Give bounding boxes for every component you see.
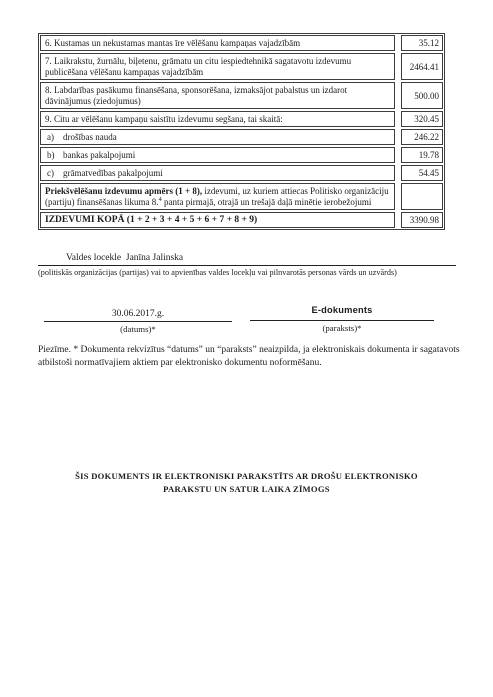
table-row: 9. Citu ar vēlēšanu kampaņu saistītu izd… — [40, 111, 443, 127]
row-value-empty — [401, 183, 443, 210]
subrow-letter: c) — [45, 168, 63, 179]
row-value: 500.00 — [401, 82, 443, 109]
row-value: 2464.41 — [401, 53, 443, 80]
row-value: 35.12 — [401, 35, 443, 51]
row-label: b)bankas pakalpojumi — [40, 147, 395, 163]
row-value: 19.78 — [401, 147, 443, 163]
subrow-text: bankas pakalpojumi — [63, 150, 135, 160]
row-value: 54.45 — [401, 165, 443, 181]
table-subrow: b)bankas pakalpojumi 19.78 — [40, 147, 443, 163]
pre-election-bold-text: Priekšvēlēšanu izdevumu apmērs (1 + 8), — [45, 186, 202, 196]
table-row: 6. Kustamas un nekustamas mantas īre vēl… — [40, 35, 443, 51]
date-value: 30.06.2017.g. — [44, 306, 232, 320]
table-subrow: a)drošības nauda 246.22 — [40, 129, 443, 145]
signature-value: E-dokuments — [250, 303, 434, 316]
note-paragraph: Piezīme. * Dokumenta rekvizītus “datums”… — [38, 344, 464, 370]
row-label: 7. Laikrakstu, žurnālu, biļetenu, grāmat… — [40, 53, 395, 80]
table-row: 8. Labdarības pasākumu finansēšana, spon… — [40, 82, 443, 109]
row-value: 246.22 — [401, 129, 443, 145]
signature-underline — [250, 319, 434, 321]
pre-election-text: panta pirmajā, otrajā un trešajā daļā mi… — [162, 197, 372, 207]
row-label: Priekšvēlēšanu izdevumu apmērs (1 + 8), … — [40, 183, 395, 210]
board-member-name: Valdes locekle Janīna Jalinska — [38, 252, 456, 266]
date-field: 30.06.2017.g. (datums)* — [44, 306, 232, 335]
row-label: 9. Citu ar vēlēšanu kampaņu saistītu izd… — [40, 111, 395, 127]
electronic-signature-statement: ŠIS DOKUMENTS IR ELEKTRONISKI PARAKSTĪTS… — [0, 470, 493, 497]
signature-field: E-dokuments (paraksts)* — [250, 303, 434, 334]
row-value: 320.45 — [401, 111, 443, 127]
subrow-letter: a) — [45, 132, 63, 143]
pre-election-row: Priekšvēlēšanu izdevumu apmērs (1 + 8), … — [40, 183, 443, 210]
expenses-table: 6. Kustamas un nekustamas mantas īre vēl… — [38, 33, 445, 230]
board-member-caption: (politiskās organizācijas (partijas) vai… — [38, 268, 456, 278]
board-member-signature-block: Valdes locekle Janīna Jalinska (politisk… — [38, 252, 456, 278]
row-label: 8. Labdarības pasākumu finansēšana, spon… — [40, 82, 395, 109]
total-row: IZDEVUMI KOPĀ (1 + 2 + 3 + 4 + 5 + 6 + 7… — [40, 212, 443, 228]
total-value: 3390.98 — [401, 212, 443, 228]
table-subrow: c)grāmatvedības pakalpojumi 54.45 — [40, 165, 443, 181]
table-row: 7. Laikrakstu, žurnālu, biļetenu, grāmat… — [40, 53, 443, 80]
row-label: a)drošības nauda — [40, 129, 395, 145]
row-label: c)grāmatvedības pakalpojumi — [40, 165, 395, 181]
total-label: IZDEVUMI KOPĀ (1 + 2 + 3 + 4 + 5 + 6 + 7… — [40, 212, 395, 228]
row-label: 6. Kustamas un nekustamas mantas īre vēl… — [40, 35, 395, 51]
date-caption: (datums)* — [44, 324, 232, 335]
signature-caption: (paraksts)* — [250, 323, 434, 334]
electronic-signature-statement-text: ŠIS DOKUMENTS IR ELEKTRONISKI PARAKSTĪTS… — [61, 470, 433, 496]
subrow-text: grāmatvedības pakalpojumi — [63, 168, 163, 178]
document-page: 6. Kustamas un nekustamas mantas īre vēl… — [0, 0, 493, 697]
subrow-text: drošības nauda — [63, 132, 117, 142]
date-underline — [44, 320, 232, 322]
subrow-letter: b) — [45, 150, 63, 161]
